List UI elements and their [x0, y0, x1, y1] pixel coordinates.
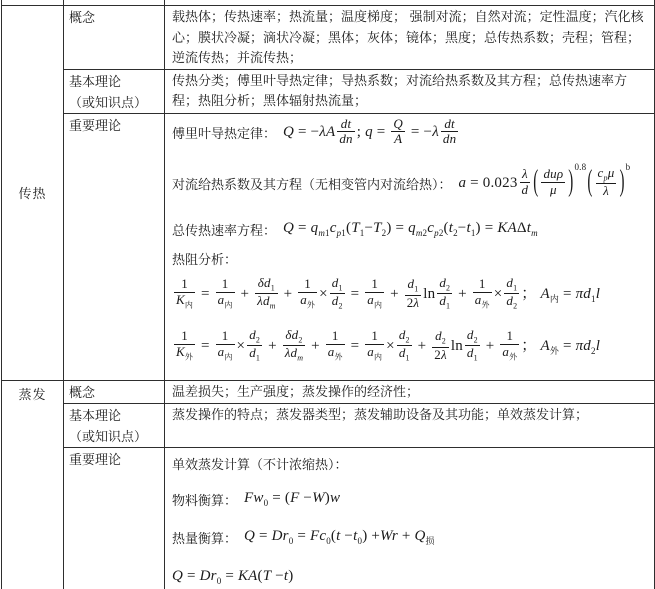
table-row-evap-basic-theory: 基本理论 （或知识点） 蒸发操作的特点；蒸发器类型；蒸发辅助设备及其功能；单效蒸… — [2, 403, 655, 447]
table-row-evap-important-theory: 重要理论 单效蒸发计算（不计浓缩热）： 物料衡算：Fw0 = (F −W)w 热… — [2, 447, 655, 589]
formula-line-overall-rate-equation: 总传热速率方程：Q = qm1cp1(T1−T2) = qm2cp2(t2−t1… — [172, 220, 651, 239]
formula-label: 热阻分析： — [172, 252, 237, 267]
formula-line-thermal-resistance-title: 热阻分析： — [172, 249, 651, 268]
row-label-basic-theory: 基本理论 （或知识点） — [64, 403, 165, 447]
formula-label: 单效蒸发计算（不计浓缩热）： — [172, 457, 348, 472]
formula-label: 热量衡算： — [172, 531, 237, 546]
label-line-2: （或知识点） — [69, 92, 161, 113]
formula-math: a = 0.023λd(duρμ)0.8(cpμλ)b — [459, 175, 631, 191]
label-line-1: 基本理论 — [69, 405, 161, 426]
row-content-concepts: 载热体；传热速率；热流量；温度梯度； 强制对流；自然对流；定性温度；汽化核心；膜… — [165, 6, 655, 70]
row-label-concept: 概念 — [64, 6, 165, 70]
formula-line-fourier-law: 傅里叶导热定律：Q = −λAdtdn; q = QA = −λdtdn — [172, 118, 651, 148]
formula-label: 物料衡算： — [172, 493, 237, 508]
row-content-basic-theory: 蒸发操作的特点；蒸发器类型；蒸发辅助设备及其功能；单效蒸发计算； — [165, 403, 655, 447]
row-label-basic-theory: 基本理论 （或知识点） — [64, 69, 165, 113]
formula-math: Q = qm1cp1(T1−T2) = qm2cp2(t2−t1) = KAΔt… — [283, 220, 538, 236]
row-content-formulas: 傅里叶导热定律：Q = −λAdtdn; q = QA = −λdtdn 对流给… — [165, 113, 655, 380]
formula-line-convection-coefficient: 对流给热系数及其方程（无相变管内对流给热）：a = 0.023λd(duρμ)0… — [172, 167, 651, 200]
row-label-concept: 概念 — [64, 380, 165, 403]
knowledge-summary-table: 传热 概念 载热体；传热速率；热流量；温度梯度； 强制对流；自然对流；定性温度；… — [1, 0, 655, 589]
formula-math: 1K外 = 1a内×d2d1 + δd2λdm + 1a外 = 1a内×d2d1… — [172, 338, 600, 354]
formula-line-material-balance: 物料衡算：Fw0 = (F −W)w — [172, 490, 651, 509]
category-cell-evaporation: 蒸发 — [2, 380, 64, 589]
formula-label: 对流给热系数及其方程（无相变管内对流给热）： — [172, 177, 452, 192]
formula-math: Fw0 = (F −W)w — [244, 490, 340, 506]
table-row-heat-basic-theory: 基本理论 （或知识点） 传热分类；傅里叶导热定律；导热系数；对流给热系数及其方程… — [2, 69, 655, 113]
formula-line-k-inner: 1K内 = 1a内 + δd1λdm + 1a外×d1d2 = 1a内 + d1… — [172, 277, 651, 313]
row-label-important-theory: 重要理论 — [64, 447, 165, 589]
document-page: 传热 概念 载热体；传热速率；热流量；温度梯度； 强制对流；自然对流；定性温度；… — [0, 0, 655, 589]
formula-line-heat-balance: 热量衡算：Q = Dr0 = Fc0(t −t0) +Wr + Q损 — [172, 528, 651, 547]
category-cell-heat-transfer: 传热 — [2, 6, 64, 381]
table-row-heat-concept: 传热 概念 载热体；传热速率；热流量；温度梯度； 强制对流；自然对流；定性温度；… — [2, 6, 655, 70]
formula-math: Q = Dr0 = KA(T −t) — [172, 568, 293, 584]
table-row-evap-concept: 蒸发 概念 温差损失；生产强度；蒸发操作的经济性； — [2, 380, 655, 403]
formula-label: 总传热速率方程： — [172, 223, 276, 238]
table-row-heat-important-theory: 重要理论 傅里叶导热定律：Q = −λAdtdn; q = QA = −λdtd… — [2, 113, 655, 380]
formula-math: 1K内 = 1a内 + δd1λdm + 1a外×d1d2 = 1a内 + d1… — [172, 286, 600, 302]
label-line-2: （或知识点） — [69, 426, 161, 447]
row-content-basic-theory: 传热分类；傅里叶导热定律；导热系数；对流给热系数及其方程；总传热速率方程；热阻分… — [165, 69, 655, 113]
formula-line-k-outer: 1K外 = 1a内×d2d1 + δd2λdm + 1a外 = 1a内×d2d1… — [172, 329, 651, 365]
label-line-1: 基本理论 — [69, 71, 161, 92]
formula-math: Q = −λAdtdn; q = QA = −λdtdn — [283, 124, 460, 140]
formula-line-heat-transfer-rate: Q = Dr0 = KA(T −t) — [172, 568, 651, 586]
formula-math: Q = Dr0 = Fc0(t −t0) +Wr + Q损 — [244, 528, 435, 544]
row-content-concepts: 温差损失；生产强度；蒸发操作的经济性； — [165, 380, 655, 403]
row-content-formulas: 单效蒸发计算（不计浓缩热）： 物料衡算：Fw0 = (F −W)w 热量衡算：Q… — [165, 447, 655, 589]
row-label-important-theory: 重要理论 — [64, 113, 165, 380]
formula-line-single-effect-title: 单效蒸发计算（不计浓缩热）： — [172, 454, 651, 473]
formula-label: 傅里叶导热定律： — [172, 126, 276, 141]
